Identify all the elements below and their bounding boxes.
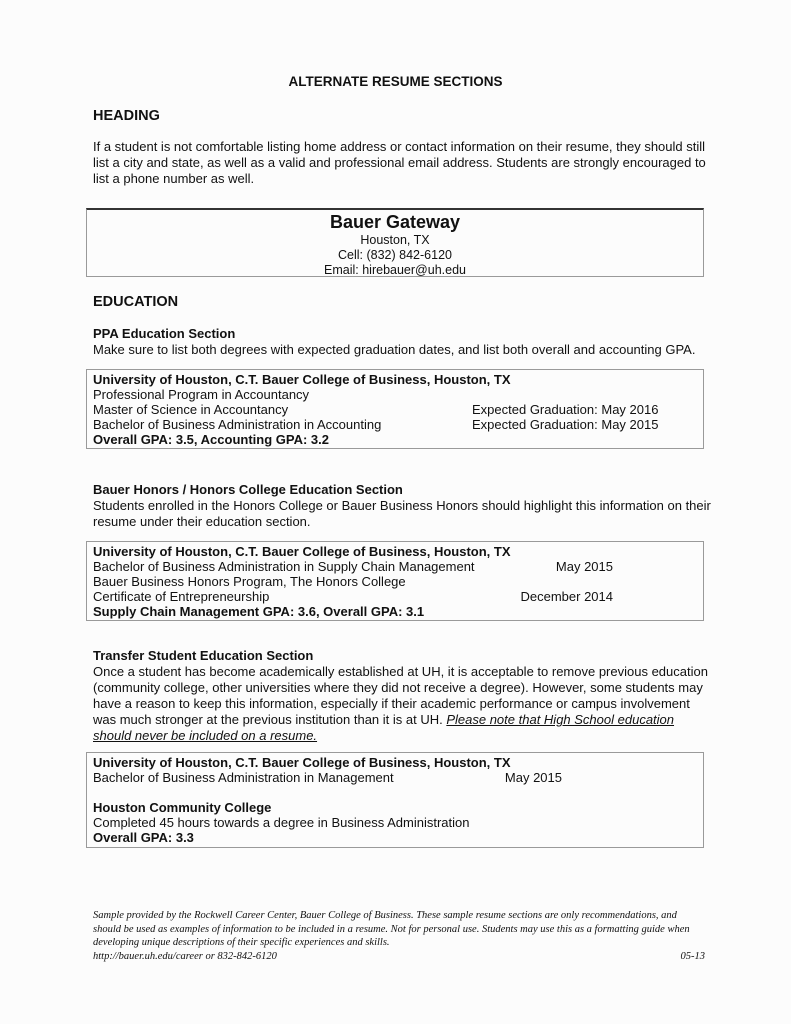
sample-email: Email: hirebauer@uh.edu [87,263,703,278]
line-text: Certificate of Entrepreneurship [93,589,269,604]
line-date: December 2014 [521,589,614,604]
honors-line: Certificate of Entrepreneurship December… [93,589,697,604]
transfer-school: University of Houston, C.T. Bauer Colleg… [93,755,697,770]
prev-school: Houston Community College [93,800,697,815]
ppa-description: Make sure to list both degrees with expe… [93,342,713,358]
degree-name: Bachelor of Business Administration in A… [93,417,381,432]
ppa-degree-row: Master of Science in Accountancy Expecte… [93,402,697,417]
degree-date: Expected Graduation: May 2016 [472,402,658,417]
honors-line: Bachelor of Business Administration in S… [93,559,697,574]
honors-subtitle: Bauer Honors / Honors College Education … [93,482,713,498]
footer-contact: http://bauer.uh.edu/career or 832-842-61… [93,951,277,962]
heading-section-title: HEADING [93,108,160,124]
ppa-subtitle: PPA Education Section [93,326,713,342]
transfer-degree: Bachelor of Business Administration in M… [93,770,394,785]
footer-last-line: http://bauer.uh.edu/career or 832-842-61… [93,950,705,964]
transfer-description-wrap: Once a student has become academically e… [93,664,713,744]
transfer-sample-box: University of Houston, C.T. Bauer Colleg… [86,752,704,848]
sample-location: Houston, TX [87,233,703,248]
honors-line: Bauer Business Honors Program, The Honor… [93,574,697,589]
document-title: ALTERNATE RESUME SECTIONS [0,74,791,89]
line-text: Bachelor of Business Administration in S… [93,559,475,574]
degree-name: Master of Science in Accountancy [93,402,288,417]
transfer-subtitle: Transfer Student Education Section [93,648,713,664]
prev-gpa: Overall GPA: 3.3 [93,830,697,845]
transfer-block: Transfer Student Education Section Once … [93,648,713,744]
footer-code: 05-13 [681,950,706,964]
honors-block: Bauer Honors / Honors College Education … [93,482,713,530]
contact-sample-box: Bauer Gateway Houston, TX Cell: (832) 84… [86,208,704,277]
honors-sample-box: University of Houston, C.T. Bauer Colleg… [86,541,704,621]
prev-detail: Completed 45 hours towards a degree in B… [93,815,697,830]
sample-name: Bauer Gateway [87,211,703,233]
ppa-sample-box: University of Houston, C.T. Bauer Colleg… [86,369,704,449]
degree-date: Expected Graduation: May 2015 [472,417,658,432]
line-text: Bauer Business Honors Program, The Honor… [93,574,406,589]
transfer-date: May 2015 [505,770,562,785]
ppa-school: University of Houston, C.T. Bauer Colleg… [93,372,697,387]
honors-school: University of Houston, C.T. Bauer Colleg… [93,544,697,559]
footer: Sample provided by the Rockwell Career C… [93,909,705,963]
ppa-block: PPA Education Section Make sure to list … [93,326,713,358]
sample-cell: Cell: (832) 842-6120 [87,248,703,263]
footer-text: Sample provided by the Rockwell Career C… [93,909,705,950]
honors-gpa: Supply Chain Management GPA: 3.6, Overal… [93,604,697,619]
line-date: May 2015 [556,559,613,574]
honors-description: Students enrolled in the Honors College … [93,498,713,530]
transfer-degree-row: Bachelor of Business Administration in M… [93,770,697,785]
education-section-title: EDUCATION [93,294,178,310]
ppa-degree-row: Bachelor of Business Administration in A… [93,417,697,432]
ppa-gpa: Overall GPA: 3.5, Accounting GPA: 3.2 [93,432,697,447]
heading-description: If a student is not comfortable listing … [93,139,713,187]
ppa-program: Professional Program in Accountancy [93,387,697,402]
